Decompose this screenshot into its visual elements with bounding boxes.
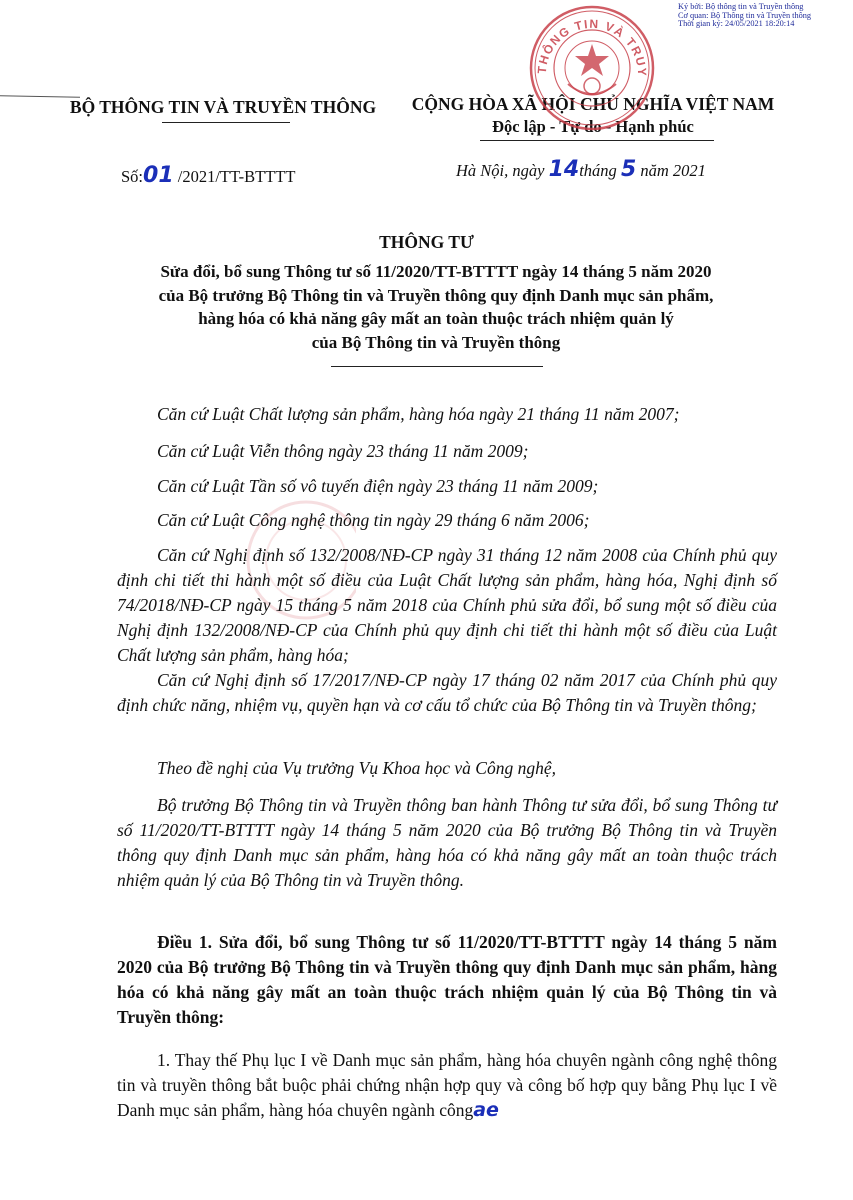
country-name: CỘNG HÒA XÃ HỘI CHỦ NGHĨA VIỆT NAM: [398, 94, 788, 115]
preamble-item: Căn cứ Luật Chất lượng sản phẩm, hàng hó…: [157, 402, 817, 427]
document-number: Số:01 /2021/TT-BTTTT: [121, 163, 295, 188]
margin-initials: ae: [473, 1099, 499, 1121]
number-suffix: /2021/TT-BTTTT: [174, 167, 296, 186]
national-motto: Độc lập - Tự do - Hạnh phúc: [398, 117, 788, 137]
national-title-block: CỘNG HÒA XÃ HỘI CHỦ NGHĨA VIỆT NAM Độc l…: [398, 94, 788, 141]
digital-signature-info: Ký bởi: Bộ thông tin và Truyền thông Cơ …: [678, 3, 811, 29]
number-prefix: Số:: [121, 167, 143, 186]
signature-time: Thời gian ký: 24/05/2021 18:20:14: [678, 20, 811, 29]
preamble-item: Bộ trưởng Bộ Thông tin và Truyền thông b…: [117, 793, 777, 893]
issuing-agency-block: BỘ THÔNG TIN VÀ TRUYỀN THÔNG: [58, 97, 388, 123]
clause-1: 1. Thay thế Phụ lục I về Danh mục sản ph…: [117, 1048, 777, 1123]
document-type-title: THÔNG TƯ: [0, 232, 853, 253]
subtitle-line: của Bộ Thông tin và Truyền thông: [96, 331, 776, 355]
preamble-item: Căn cứ Luật Công nghệ thông tin ngày 29 …: [157, 508, 817, 533]
date-month-label: tháng: [579, 161, 621, 180]
handwritten-day: 14: [549, 157, 580, 182]
date-year: năm 2021: [636, 161, 706, 180]
handwritten-month: 5: [621, 157, 636, 182]
subtitle-underline: [331, 366, 543, 367]
preamble-item: Căn cứ Luật Viễn thông ngày 23 tháng 11 …: [157, 439, 817, 464]
ministry-underline: [162, 122, 290, 123]
ministry-name: BỘ THÔNG TIN VÀ TRUYỀN THÔNG: [58, 97, 388, 118]
subtitle-line: của Bộ trưởng Bộ Thông tin và Truyền thô…: [96, 284, 776, 308]
date-prefix: Hà Nội, ngày: [456, 161, 549, 180]
subtitle-line: Sửa đổi, bổ sung Thông tư số 11/2020/TT-…: [96, 260, 776, 284]
document-subtitle: Sửa đổi, bổ sung Thông tư số 11/2020/TT-…: [96, 260, 776, 354]
issue-date: Hà Nội, ngày 14tháng 5 năm 2021: [456, 157, 706, 182]
preamble-item: Căn cứ Nghị định số 17/2017/NĐ-CP ngày 1…: [117, 668, 777, 718]
preamble-item: Căn cứ Luật Tần số vô tuyến điện ngày 23…: [157, 474, 817, 499]
clause-1-text: 1. Thay thế Phụ lục I về Danh mục sản ph…: [117, 1050, 777, 1120]
svg-text:THÔNG TIN VÀ TRUYỀN THÔNG: THÔNG TIN VÀ TRUYỀN THÔNG: [528, 4, 649, 77]
subtitle-line: hàng hóa có khả năng gây mất an toàn thu…: [96, 307, 776, 331]
preamble-item: Căn cứ Nghị định số 132/2008/NĐ-CP ngày …: [117, 543, 777, 668]
handwritten-number: 01: [143, 163, 174, 188]
motto-underline: [480, 140, 714, 141]
article-1-heading: Điều 1. Sửa đổi, bổ sung Thông tư số 11/…: [117, 930, 777, 1030]
preamble-item: Theo đề nghị của Vụ trưởng Vụ Khoa học v…: [117, 756, 777, 781]
